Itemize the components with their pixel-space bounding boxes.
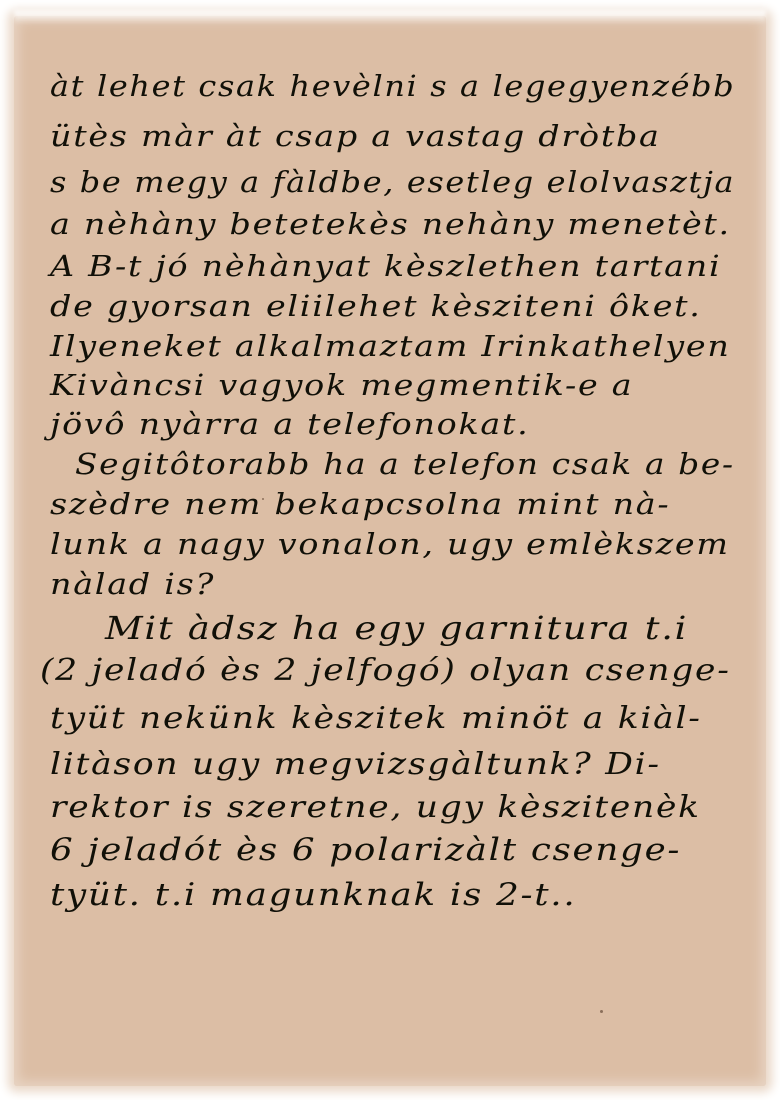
paper-speck (600, 1010, 603, 1013)
handwritten-line-14: Mit àdsz ha egy garnitura t.i (105, 612, 688, 644)
handwritten-line-6: de gyorsan eliilehet kèsziteni ôket. (50, 292, 702, 321)
handwritten-line-13: nàlad is? (50, 570, 215, 599)
handwritten-line-5: A B-t jó nèhànyat kèszlethen tartani (50, 252, 721, 281)
paper-speck (262, 498, 264, 500)
handwritten-line-16: tyüt nekünk kèszitek minöt a kiàl- (50, 704, 702, 734)
paper-speck (205, 628, 207, 630)
handwritten-line-4: a nèhàny betetekès nehàny menetèt. (50, 210, 731, 239)
handwritten-line-2: ütès màr àt csap a vastag dròtba (50, 122, 661, 151)
handwritten-line-17: litàson ugy megvizsgàltunk? Di- (50, 750, 661, 780)
handwritten-line-10: Segitôtorabb ha a telefon csak a be- (75, 450, 735, 479)
handwritten-line-20: tyüt. t.i magunknak is 2-t.. (50, 880, 576, 911)
handwritten-line-11: szèdre nem bekapcsolna mint nà- (50, 490, 670, 519)
handwritten-line-8: Kivàncsi vagyok megmentik-e a (50, 371, 633, 400)
handwritten-line-12: lunk a nagy vonalon, ugy emlèkszem (50, 530, 730, 559)
handwritten-line-9: jövô nyàrra a telefonokat. (50, 410, 529, 439)
handwritten-line-19: 6 jeladót ès 6 polarizàlt csenge- (50, 835, 681, 866)
handwritten-line-3: s be megy a fàldbe, esetleg elolvasztja (50, 168, 735, 197)
handwritten-line-18: rektor is szeretne, ugy kèszitenèk (50, 793, 701, 823)
handwritten-line-1: àt lehet csak hevèlni s a legegyenzébb (50, 72, 735, 101)
handwritten-line-15: (2 jeladó ès 2 jelfogó) olyan csenge- (40, 656, 731, 686)
paper-torn-edge (14, 10, 766, 24)
handwritten-line-7: Ilyeneket alkalmaztam Irinkathelyen (50, 332, 731, 361)
